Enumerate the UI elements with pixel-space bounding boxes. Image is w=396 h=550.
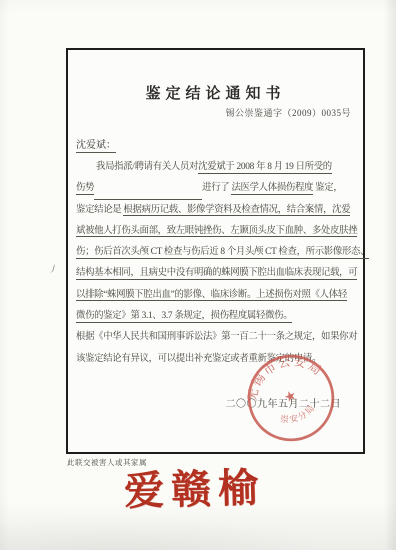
body-text: 我局指派/聘请有关人员对沈爱斌于 2008 年 8 月 19 日所受的伤势进行了… bbox=[76, 157, 360, 370]
body-line: 以排除“蛛网膜下腔出血”的影像、临床诊断。上述损伤对照《人体轻 bbox=[76, 285, 360, 306]
red-calligraphy-inscription: 爱赣榆 bbox=[123, 456, 265, 517]
star-icon: ★ bbox=[282, 387, 299, 406]
page-title: 鉴定结论通知书 bbox=[68, 82, 363, 103]
body-line: 斌被他人打伤头面部，致左眼钝挫伤、左颞顶头皮下血肿、多处皮肤挫 bbox=[76, 221, 360, 242]
scanned-document-page: 鉴定结论通知书 锡公崇鉴通字（2009）0035号 沈爱斌： 我局指派/聘请有关… bbox=[0, 0, 396, 550]
salutation-name: 沈爱斌： bbox=[76, 140, 116, 153]
salutation: 沈爱斌： bbox=[76, 136, 116, 151]
body-line: 微伤的鉴定》第 3.1、3.7 条规定，损伤程度属轻微伤。 bbox=[76, 306, 360, 327]
document-number: 锡公崇鉴通字（2009）0035号 bbox=[225, 106, 351, 119]
body-line: 鉴定结论是 根据病历记载、影像学资料及检查情况，结合案情，沈爱 bbox=[76, 200, 360, 221]
body-line: 伤；伤后首次头颅 CT 检查与伤后近 8 个月头颅 CT 检查，所示影像形态、 bbox=[76, 242, 360, 263]
body-line: 结构基本相同，且病史中没有明确的蛛网膜下腔出血临床表现记载，可 bbox=[76, 263, 360, 284]
seal-bottom-text: 崇安分局 bbox=[276, 400, 319, 430]
body-line: 伤势进行了 法医学人体损伤程度 鉴定， bbox=[76, 178, 360, 199]
body-line: 我局指派/聘请有关人员对沈爱斌于 2008 年 8 月 19 日所受的 bbox=[76, 157, 360, 178]
stray-pen-mark bbox=[48, 264, 55, 274]
svg-text:崇安分局: 崇安分局 bbox=[276, 400, 319, 430]
